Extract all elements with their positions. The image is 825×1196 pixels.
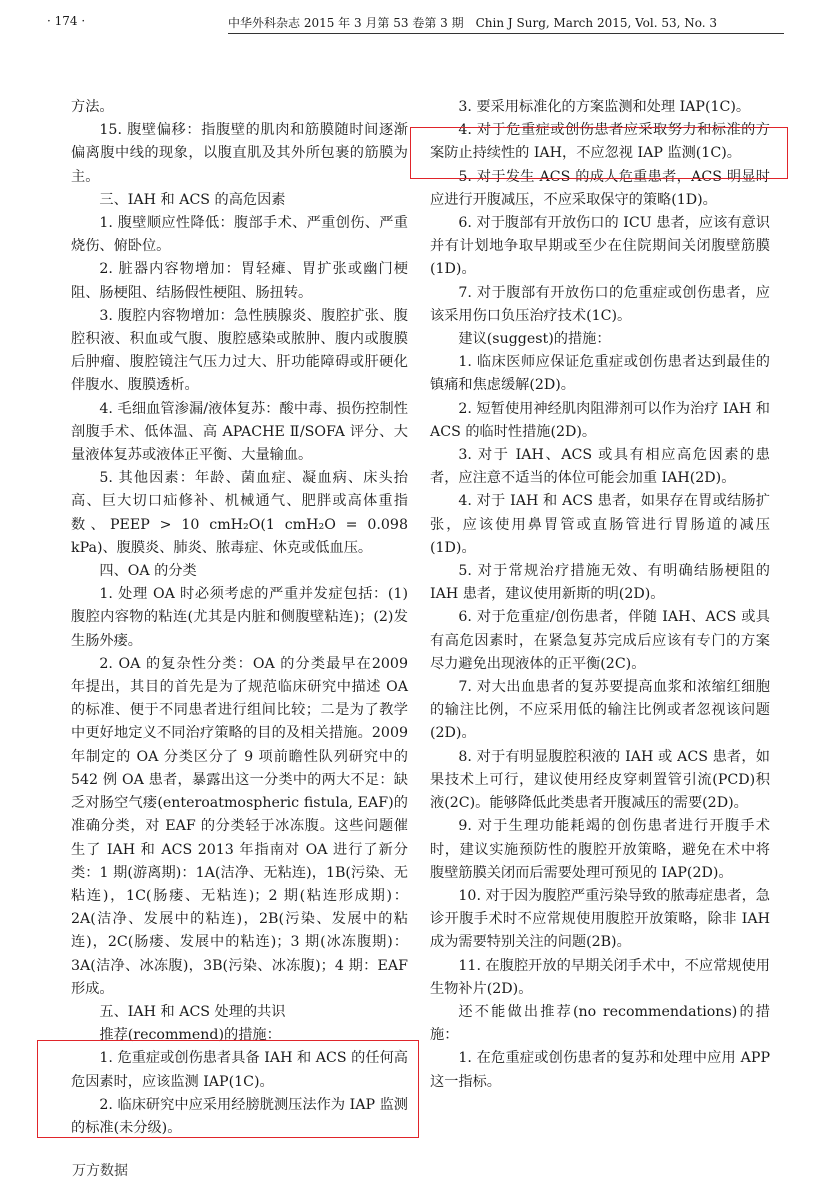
paragraph: 7. 对大出血患者的复苏要提高血浆和浓缩红细胞的输注比例，不应采用低的输注比例或…: [430, 676, 770, 746]
paragraph: 4. 毛细血管渗漏/液体复苏：酸中毒、损伤控制性剖腹手术、低体温、高 APACH…: [71, 398, 408, 468]
paragraph: 1. 危重症或创伤患者具备 IAH 和 ACS 的任何高危因素时，应该监测 IA…: [71, 1047, 408, 1093]
paragraph: 五、IAH 和 ACS 处理的共识: [71, 1001, 408, 1024]
paragraph: 9. 对于生理功能耗竭的创伤患者进行开腹手术时，建议实施预防性的腹腔开放策略，避…: [430, 815, 770, 885]
left-column: 方法。15. 腹壁偏移：指腹壁的肌肉和筋膜随时间逐渐偏离腹中线的现象，以腹直肌及…: [71, 96, 408, 1140]
paragraph: 4. 对于危重症或创伤患者应采取努力和标准的方案防止持续性的 IAH，不应忽视 …: [430, 119, 770, 165]
paragraph: 2. 脏器内容物增加：胃轻瘫、胃扩张或幽门梗阻、肠梗阻、结肠假性梗阻、肠扭转。: [71, 258, 408, 304]
paragraph: 四、OA 的分类: [71, 560, 408, 583]
paragraph: 还不能做出推荐(no recommendations)的措施：: [430, 1001, 770, 1047]
paragraph: 1. 腹壁顺应性降低：腹部手术、严重创伤、严重烧伤、俯卧位。: [71, 212, 408, 258]
paragraph: 三、IAH 和 ACS 的高危因素: [71, 189, 408, 212]
paragraph: 3. 腹腔内容物增加：急性胰腺炎、腹腔扩张、腹腔积液、积血或气腹、腹腔感染或脓肿…: [71, 305, 408, 398]
paragraph: 3. 对于 IAH、ACS 或具有相应高危因素的患者，应注意不适当的体位可能会加…: [430, 444, 770, 490]
paragraph: 2. 短暂使用神经肌肉阻滞剂可以作为治疗 IAH 和 ACS 的临时性措施(2D…: [430, 398, 770, 444]
paragraph: 15. 腹壁偏移：指腹壁的肌肉和筋膜随时间逐渐偏离腹中线的现象，以腹直肌及其外所…: [71, 119, 408, 189]
paragraph: 方法。: [71, 96, 408, 119]
paragraph: 6. 对于腹部有开放伤口的 ICU 患者，应该有意识并有计划地争取早期或至少在住…: [430, 212, 770, 282]
paragraph: 7. 对于腹部有开放伤口的危重症或创伤患者，应该采用伤口负压治疗技术(1C)。: [430, 282, 770, 328]
paragraph: 2. OA 的复杂性分类：OA 的分类最早在2009 年提出，其目的首先是为了规…: [71, 653, 408, 1001]
watermark: 万方数据: [72, 1160, 128, 1180]
journal-citation: 中华外科杂志 2015 年 3 月第 53 卷第 3 期 Chin J Surg…: [228, 14, 784, 34]
paragraph: 5. 对于发生 ACS 的成人危重患者，ACS 明显时应进行开腹减压，不应采取保…: [430, 166, 770, 212]
paragraph: 1. 处理 OA 时必须考虑的严重并发症包括：(1)腹腔内容物的粘连(尤其是内脏…: [71, 583, 408, 653]
paragraph: 建议(suggest)的措施：: [430, 328, 770, 351]
right-column: 3. 要采用标准化的方案监测和处理 IAP(1C)。4. 对于危重症或创伤患者应…: [430, 96, 770, 1094]
paragraph: 1. 临床医师应保证危重症或创伤患者达到最佳的镇痛和焦虑缓解(2D)。: [430, 351, 770, 397]
paragraph: 3. 要采用标准化的方案监测和处理 IAP(1C)。: [430, 96, 770, 119]
paragraph: 4. 对于 IAH 和 ACS 患者，如果存在胃或结肠扩张，应该使用鼻胃管或直肠…: [430, 490, 770, 560]
paragraph: 8. 对于有明显腹腔积液的 IAH 或 ACS 患者，如果技术上可行，建议使用经…: [430, 746, 770, 816]
paragraph: 5. 其他因素：年龄、菌血症、凝血病、床头抬高、巨大切口疝修补、机械通气、肥胖或…: [71, 467, 408, 560]
paragraph: 2. 临床研究中应采用经膀胱测压法作为 IAP 监测的标准(未分级)。: [71, 1094, 408, 1140]
paragraph: 11. 在腹腔开放的早期关闭手术中，不应常规使用生物补片(2D)。: [430, 955, 770, 1001]
paragraph: 推荐(recommend)的措施：: [71, 1024, 408, 1047]
paragraph: 5. 对于常规治疗措施无效、有明确结肠梗阻的 IAH 患者，建议使用新斯的明(2…: [430, 560, 770, 606]
paragraph: 6. 对于危重症/创伤患者，伴随 IAH、ACS 或具有高危因素时，在紧急复苏完…: [430, 606, 770, 676]
page-header: · 174 · 中华外科杂志 2015 年 3 月第 53 卷第 3 期 Chi…: [0, 14, 825, 44]
paragraph: 1. 在危重症或创伤患者的复苏和处理中应用 APP 这一指标。: [430, 1047, 770, 1093]
paragraph: 10. 对于因为腹腔严重污染导致的脓毒症患者，急诊开腹手术时不应常规使用腹腔开放…: [430, 885, 770, 955]
page-number: · 174 ·: [47, 14, 85, 28]
